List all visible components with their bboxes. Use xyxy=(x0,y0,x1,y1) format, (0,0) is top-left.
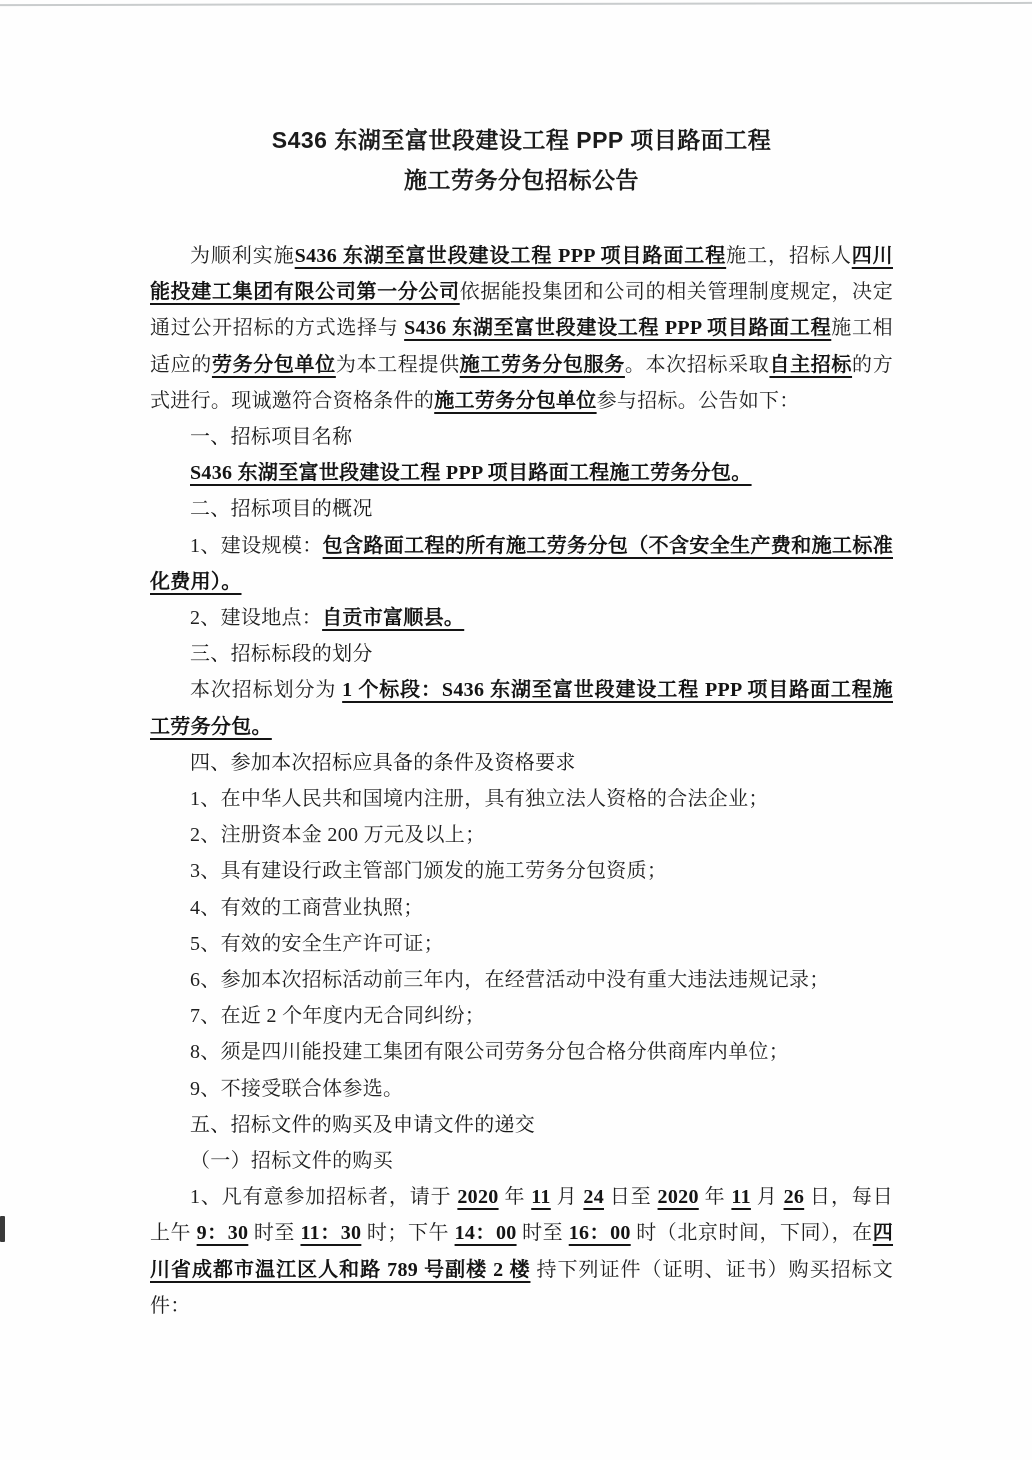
section-heading: 五、招标文件的购买及申请文件的递交 xyxy=(150,1107,893,1143)
emphasized-text: 9：30 xyxy=(197,1222,249,1244)
document-body: 为顺利实施S436 东湖至富世段建设工程 PPP 项目路面工程施工，招标人四川能… xyxy=(150,238,893,1324)
text-segment: 1、凡有意参加招标者，请于 xyxy=(190,1186,457,1208)
paragraph: （一）招标文件的购买 xyxy=(150,1143,893,1179)
emphasized-text: S436 东湖至富世段建设工程 PPP 项目路面工程 xyxy=(404,317,831,339)
text-segment: 2、注册资本金 200 万元及以上； xyxy=(190,824,485,846)
paragraph: 5、有效的安全生产许可证； xyxy=(150,926,893,962)
title-line-1: S436 东湖至富世段建设工程 PPP 项目路面工程 xyxy=(150,120,893,160)
text-segment: 8、须是四川能投建工集团有限公司劳务分包合格分供商库内单位； xyxy=(190,1041,789,1063)
text-segment: 日至 xyxy=(604,1186,658,1208)
text-segment: 时至 xyxy=(248,1222,300,1244)
section-heading: 三、招标标段的划分 xyxy=(150,636,893,672)
paragraph: 2、注册资本金 200 万元及以上； xyxy=(150,817,893,853)
emphasized-text: 自贡市富顺县。 xyxy=(322,607,464,629)
paragraph: 本次招标划分为 1 个标段：S436 东湖至富世段建设工程 PPP 项目路面工程… xyxy=(150,672,893,744)
document-page: S436 东湖至富世段建设工程 PPP 项目路面工程 施工劳务分包招标公告 为顺… xyxy=(0,0,1032,1460)
text-segment: 四、参加本次招标应具备的条件及资格要求 xyxy=(190,752,576,774)
text-segment: 为顺利实施 xyxy=(190,245,295,267)
text-segment: 年 xyxy=(699,1186,732,1208)
emphasized-text: 11 xyxy=(731,1186,751,1208)
paragraph: 3、具有建设行政主管部门颁发的施工劳务分包资质； xyxy=(150,853,893,889)
paragraph: 6、参加本次招标活动前三年内，在经营活动中没有重大违法违规记录； xyxy=(150,962,893,998)
text-segment: 参与招标。公告如下： xyxy=(597,390,800,412)
emphasized-text: 24 xyxy=(583,1186,604,1208)
emphasized-text: 自主招标 xyxy=(769,354,852,376)
paragraph: 4、有效的工商营业执照； xyxy=(150,890,893,926)
emphasized-text: 14：00 xyxy=(455,1222,517,1244)
document-content: S436 东湖至富世段建设工程 PPP 项目路面工程 施工劳务分包招标公告 为顺… xyxy=(150,120,893,1324)
emphasized-text: 施工劳务分包单位 xyxy=(434,390,596,412)
emphasized-text: 劳务分包单位 xyxy=(212,354,336,376)
text-segment: 为本工程提供 xyxy=(336,354,460,376)
emphasized-text: S436 东湖至富世段建设工程 PPP 项目路面工程施工劳务分包。 xyxy=(190,462,752,484)
emphasized-text: 2020 xyxy=(658,1186,699,1208)
text-segment: 时（北京时间，下同），在 xyxy=(631,1222,873,1244)
text-segment: 本次招标划分为 xyxy=(190,679,342,701)
text-segment: 4、有效的工商营业执照； xyxy=(190,897,424,919)
emphasized-text: 施工劳务分包服务 xyxy=(460,354,625,376)
section-heading: 四、参加本次招标应具备的条件及资格要求 xyxy=(150,745,893,781)
document-title: S436 东湖至富世段建设工程 PPP 项目路面工程 施工劳务分包招标公告 xyxy=(150,120,893,200)
text-segment: （一）招标文件的购买 xyxy=(190,1150,393,1172)
text-segment: 时至 xyxy=(517,1222,569,1244)
emphasized-text: 16：00 xyxy=(569,1222,631,1244)
section-heading: 二、招标项目的概况 xyxy=(150,491,893,527)
text-segment: 5、有效的安全生产许可证； xyxy=(190,933,444,955)
emphasized-text: 26 xyxy=(784,1186,805,1208)
paragraph: 1、在中华人民共和国境内注册，具有独立法人资格的合法企业； xyxy=(150,781,893,817)
text-segment: 9、不接受联合体参选。 xyxy=(190,1078,403,1100)
text-segment: 1、建设规模： xyxy=(190,535,323,557)
text-segment: 月 xyxy=(751,1186,784,1208)
text-segment: 二、招标项目的概况 xyxy=(190,498,373,520)
emphasized-text: 11 xyxy=(531,1186,551,1208)
text-segment: 一、招标项目名称 xyxy=(190,426,352,448)
emphasized-text: 2020 xyxy=(457,1186,498,1208)
text-segment: 2、建设地点： xyxy=(190,607,322,629)
scan-edge-mark xyxy=(0,1216,5,1242)
scan-edge-line xyxy=(0,2,1032,6)
text-segment: 7、在近 2 个年度内无合同纠纷； xyxy=(190,1005,485,1027)
section-heading: 一、招标项目名称 xyxy=(150,419,893,455)
paragraph: 1、凡有意参加招标者，请于 2020 年 11 月 24 日至 2020 年 1… xyxy=(150,1179,893,1324)
emphasized-text: S436 东湖至富世段建设工程 PPP 项目路面工程 xyxy=(295,245,726,267)
paragraph: 2、建设地点：自贡市富顺县。 xyxy=(150,600,893,636)
text-segment: 施工，招标人 xyxy=(726,245,852,267)
text-segment: 1、在中华人民共和国境内注册，具有独立法人资格的合法企业； xyxy=(190,788,769,810)
paragraph: 7、在近 2 个年度内无合同纠纷； xyxy=(150,998,893,1034)
text-segment: 3、具有建设行政主管部门颁发的施工劳务分包资质； xyxy=(190,860,667,882)
paragraph: 1、建设规模：包含路面工程的所有施工劳务分包（不含安全生产费和施工标准化费用）。 xyxy=(150,528,893,600)
text-segment: 月 xyxy=(551,1186,584,1208)
paragraph: 8、须是四川能投建工集团有限公司劳务分包合格分供商库内单位； xyxy=(150,1034,893,1070)
text-segment: 6、参加本次招标活动前三年内，在经营活动中没有重大违法违规记录； xyxy=(190,969,830,991)
paragraph: 9、不接受联合体参选。 xyxy=(150,1071,893,1107)
text-segment: 三、招标标段的划分 xyxy=(190,643,373,665)
paragraph: 为顺利实施S436 东湖至富世段建设工程 PPP 项目路面工程施工，招标人四川能… xyxy=(150,238,893,419)
paragraph: S436 东湖至富世段建设工程 PPP 项目路面工程施工劳务分包。 xyxy=(150,455,893,491)
text-segment: 。本次招标采取 xyxy=(625,354,770,376)
title-line-2: 施工劳务分包招标公告 xyxy=(150,160,893,200)
text-segment: 五、招标文件的购买及申请文件的递交 xyxy=(190,1114,535,1136)
text-segment: 时；下午 xyxy=(361,1222,454,1244)
text-segment: 年 xyxy=(499,1186,532,1208)
emphasized-text: 11：30 xyxy=(300,1222,361,1244)
